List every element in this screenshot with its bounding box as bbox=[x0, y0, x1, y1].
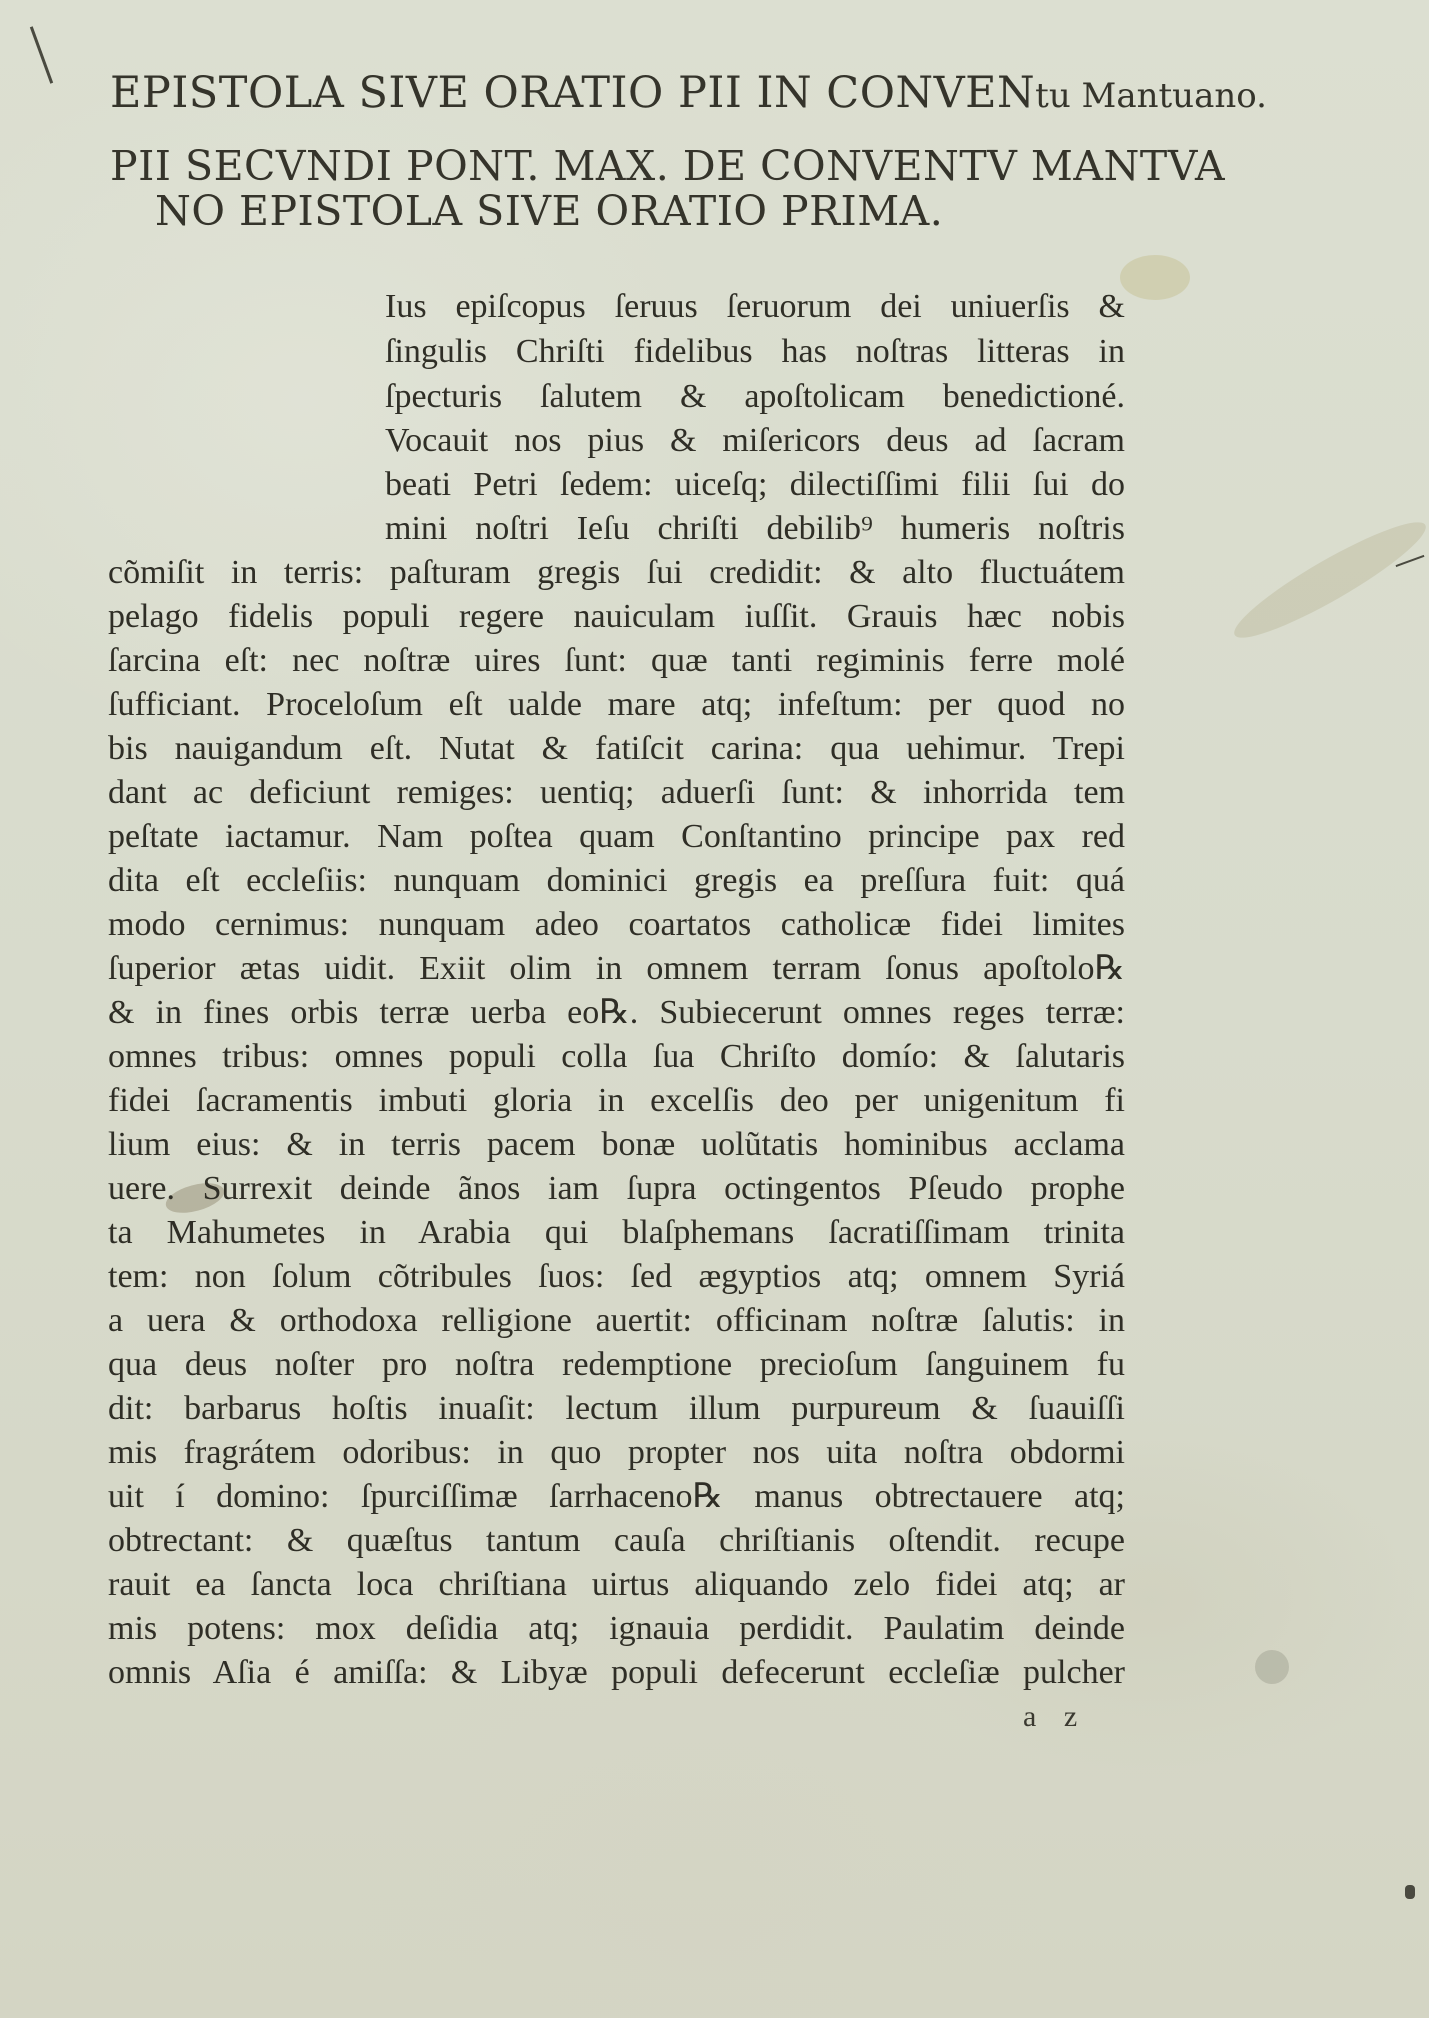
body-line: uit í domino: ſpurciſſimæ ſarrhaceno℞ ma… bbox=[108, 1480, 1125, 1514]
body-line: tem: non ſolum cõtribules ſuos: ſed ægyp… bbox=[108, 1260, 1125, 1294]
body-line: obtrectant: & quæſtus tantum cauſa chriſ… bbox=[108, 1524, 1125, 1558]
running-head: EPISTOLA SIVE ORATIO PII IN CONVENtu Man… bbox=[110, 72, 1267, 115]
title-line-2: NO EPISTOLA SIVE ORATIO PRIMA. bbox=[155, 191, 943, 232]
title-line-1: PII SECVNDI PONT. MAX. DE CONVENTV MANTV… bbox=[110, 146, 1225, 187]
body-line: ſpecturis ſalutem & apoſtolicam benedict… bbox=[385, 380, 1125, 414]
ink-mark bbox=[1405, 1885, 1415, 1899]
body-line: dita eſt eccleſiis: nunquam dominici gre… bbox=[108, 864, 1125, 898]
parchment-page: EPISTOLA SIVE ORATIO PII IN CONVENtu Man… bbox=[0, 0, 1429, 2018]
body-line: & in fines orbis terræ uerba eo℞. Subiec… bbox=[108, 996, 1125, 1030]
body-line: uere. Surrexit deinde ãnos iam ſupra oct… bbox=[108, 1172, 1125, 1206]
body-line: mini noſtri Ieſu chriſti debilib⁹ humeri… bbox=[385, 512, 1125, 546]
body-line: dant ac deficiunt remiges: uentiq; aduer… bbox=[108, 776, 1125, 810]
body-line: lium eius: & in terris pacem bonæ uolũta… bbox=[108, 1128, 1125, 1162]
signature-mark: a z bbox=[1023, 1700, 1087, 1734]
body-line: beati Petri ſedem: uiceſq; dilectiſſimi … bbox=[385, 468, 1125, 502]
body-line: omnes tribus: omnes populi colla ſua Chr… bbox=[108, 1040, 1125, 1074]
body-line: mis potens: mox deſidia atq; ignauia per… bbox=[108, 1612, 1125, 1646]
body-line: ta Mahumetes in Arabia qui blaſphemans ſ… bbox=[108, 1216, 1125, 1250]
body-line: cõmiſit in terris: paſturam gregis ſui c… bbox=[108, 556, 1125, 590]
body-line: qua deus noſter pro noſtra redemptione p… bbox=[108, 1348, 1125, 1382]
body-line: modo cernimus: nunquam adeo coartatos ca… bbox=[108, 908, 1125, 942]
body-line: ſuperior ætas uidit. Exiit olim in omnem… bbox=[108, 952, 1125, 986]
body-line: omnis Aſia é amiſſa: & Libyæ populi defe… bbox=[108, 1656, 1125, 1690]
paper-stain bbox=[1255, 1650, 1289, 1684]
body-line: ſufficiant. Proceloſum eſt ualde mare at… bbox=[108, 688, 1125, 722]
body-line: dit: barbarus hoſtis inuaſit: lectum ill… bbox=[108, 1392, 1125, 1426]
body-line: ſingulis Chriſti fidelibus has noſtras l… bbox=[385, 335, 1125, 369]
body-line: ſarcina eſt: nec noſtræ uires ſunt: quæ … bbox=[108, 644, 1125, 678]
body-line: rauit ea ſancta loca chriſtiana uirtus a… bbox=[108, 1568, 1125, 1602]
running-head-caps: EPISTOLA SIVE ORATIO PII IN CONVEN bbox=[110, 68, 1035, 118]
body-line: mis fragrátem odoribus: in quo propter n… bbox=[108, 1436, 1125, 1470]
paper-stain bbox=[1120, 255, 1190, 300]
body-line: bis nauigandum eſt. Nutat & fatiſcit car… bbox=[108, 732, 1125, 766]
body-line: fidei ſacramentis imbuti gloria in excel… bbox=[108, 1084, 1125, 1118]
body-line: Vocauit nos pius & miſericors deus ad ſa… bbox=[385, 424, 1125, 458]
paper-stain bbox=[1225, 508, 1429, 653]
running-head-lower: tu Mantuano. bbox=[1035, 76, 1267, 116]
body-line: a uera & orthodoxa relligione auertit: o… bbox=[108, 1304, 1125, 1338]
body-line: pelago fidelis populi regere nauiculam i… bbox=[108, 600, 1125, 634]
ink-mark bbox=[30, 26, 53, 83]
body-line: Ius epiſcopus ſeruus ſeruorum dei uniuer… bbox=[385, 290, 1125, 324]
ink-mark bbox=[1396, 555, 1425, 567]
body-line: peſtate iactamur. Nam poſtea quam Conſta… bbox=[108, 820, 1125, 854]
